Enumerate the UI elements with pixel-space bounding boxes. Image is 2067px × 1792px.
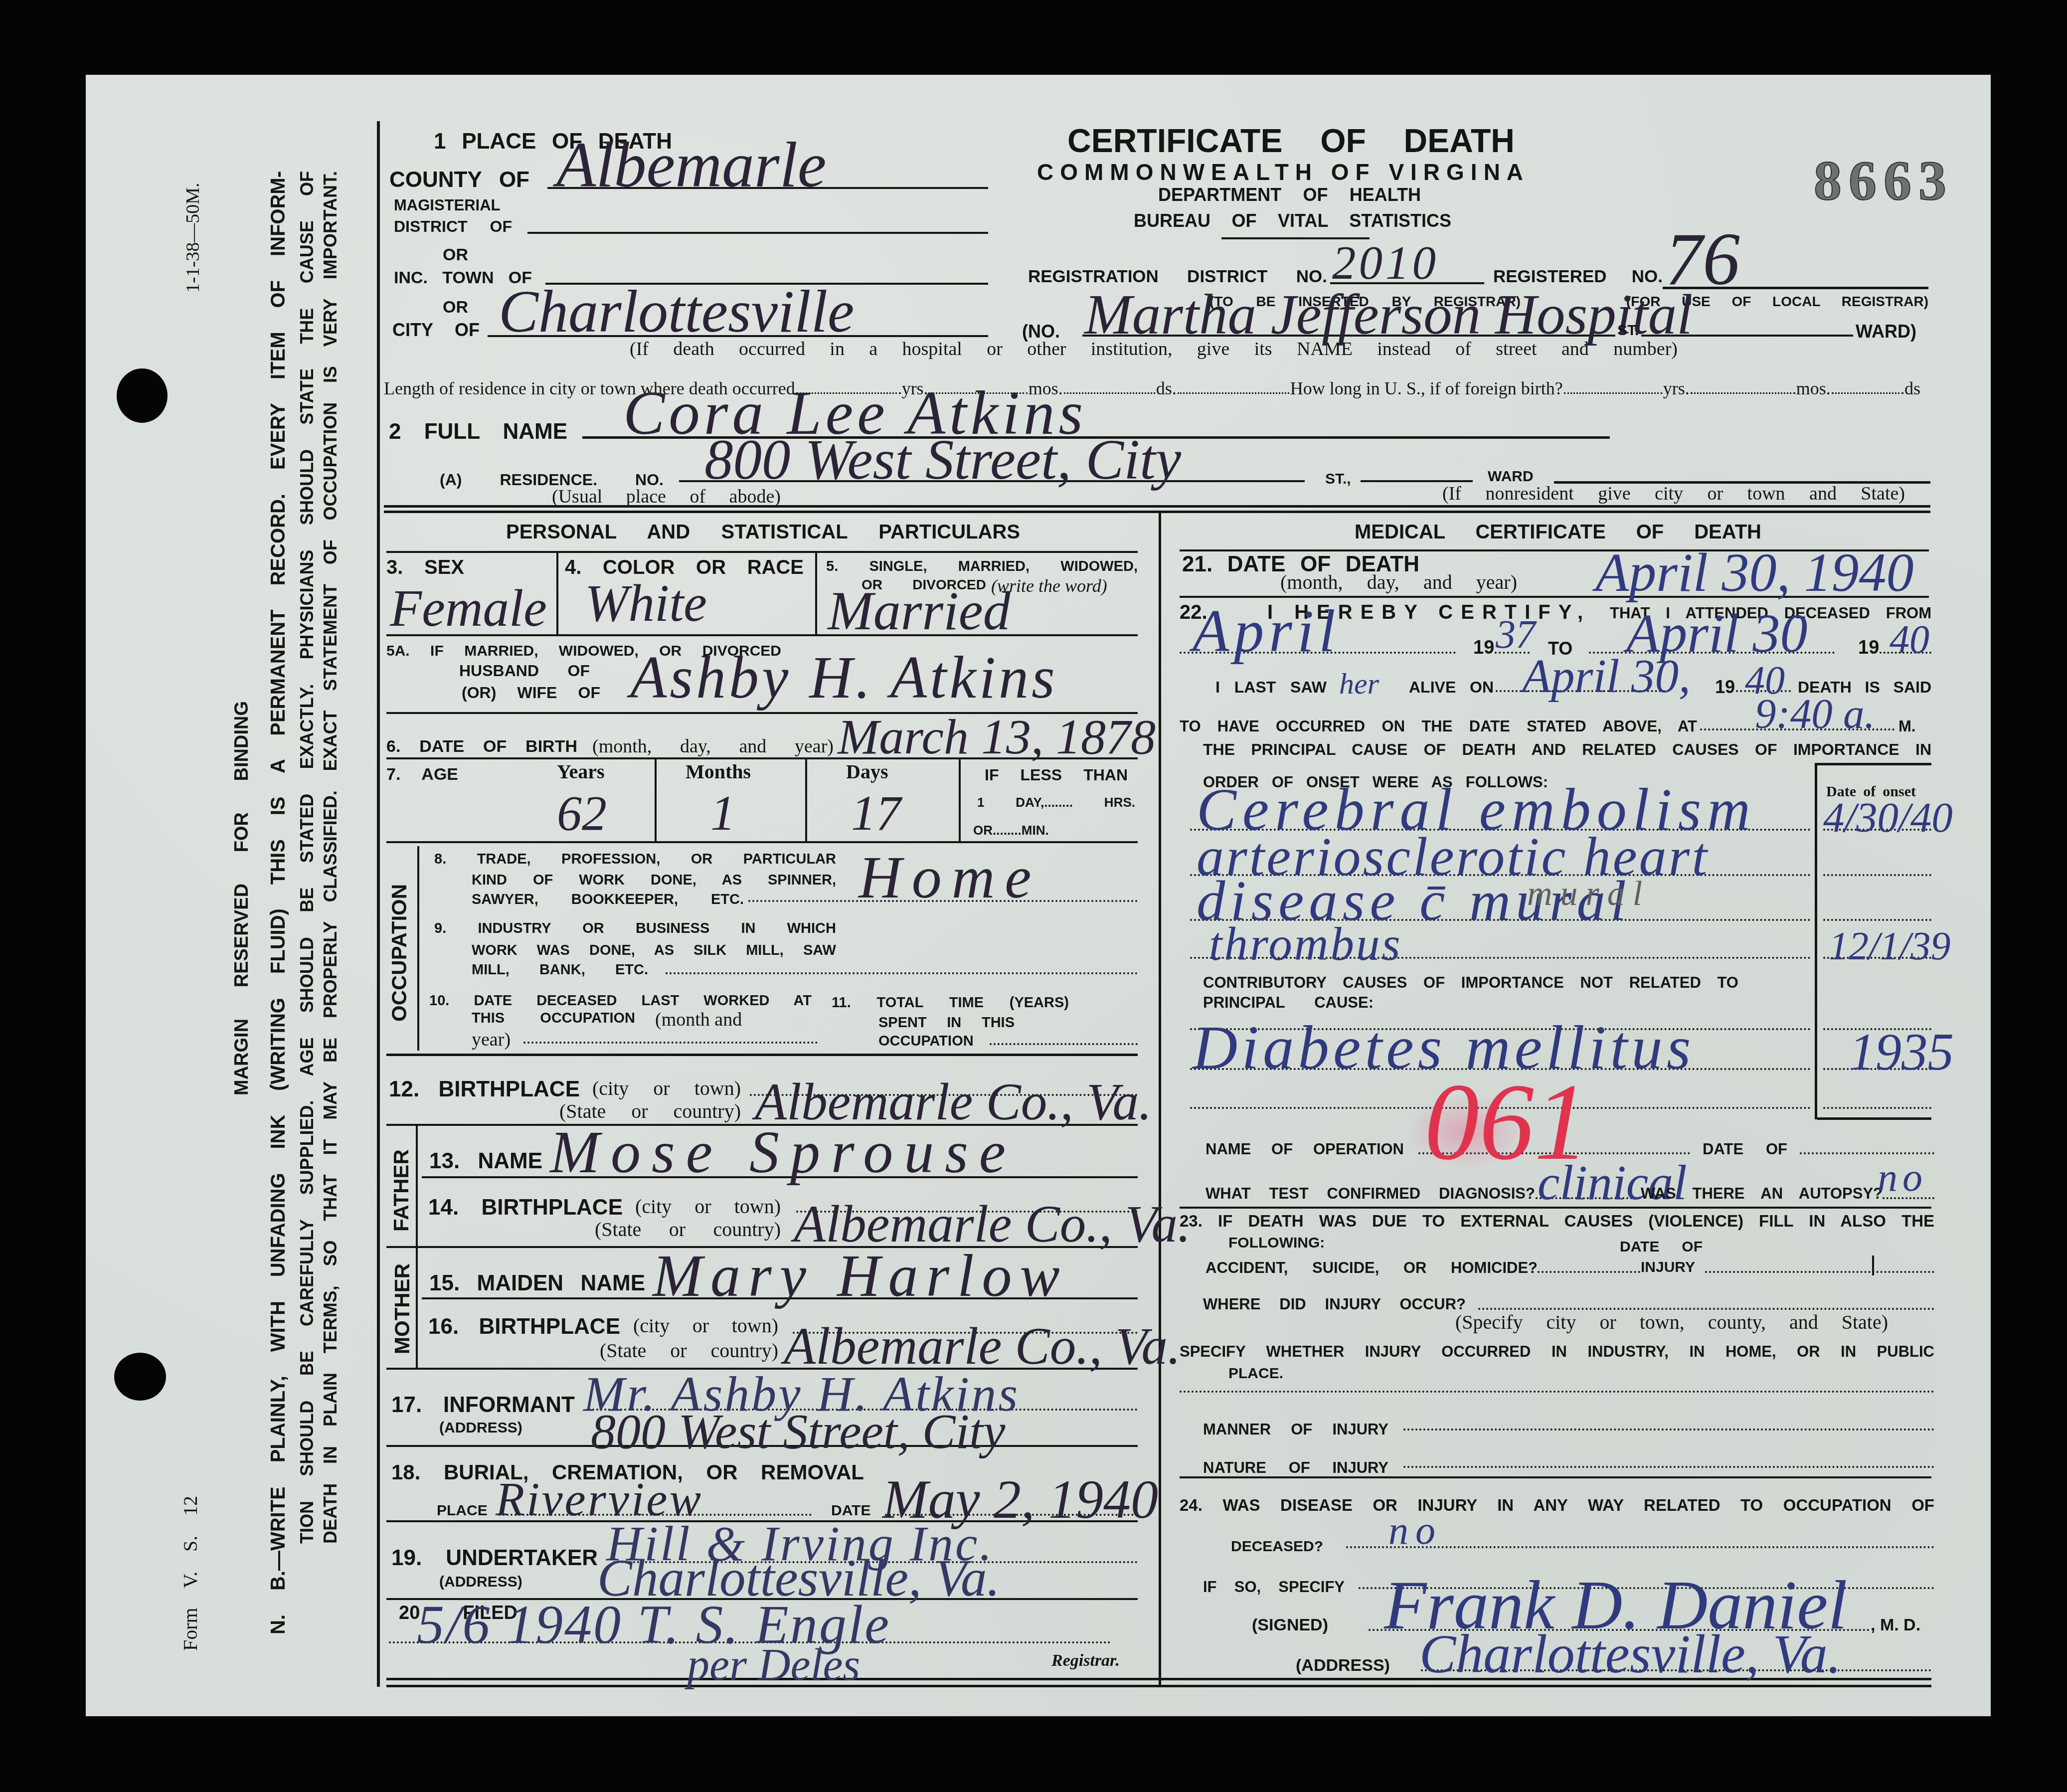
time-m-label: M. bbox=[1898, 718, 1915, 734]
age-months-label: Months bbox=[686, 762, 751, 782]
informant-address-value: 800 West Street, City bbox=[591, 1407, 1005, 1456]
divider-race-marital bbox=[815, 552, 817, 635]
where-leader bbox=[1478, 1308, 1934, 1310]
full-name-label: 2 FULL NAME bbox=[389, 421, 567, 443]
autopsy-value: no bbox=[1878, 1158, 1927, 1198]
filed-by-value: per Deles bbox=[687, 1643, 860, 1688]
bottom-double-rule-2 bbox=[386, 1685, 1931, 1687]
spouse-label-2: HUSBAND OF bbox=[459, 663, 590, 679]
institution-open-label: (NO. bbox=[1022, 323, 1060, 341]
last-worked-label-4: year) bbox=[472, 1030, 511, 1049]
magisterial-label: MAGISTERIAL bbox=[394, 197, 512, 213]
print-code: 1-1-38—50M. bbox=[183, 166, 203, 293]
or-label-2: OR bbox=[443, 299, 468, 316]
city-label: CITY OF bbox=[392, 321, 480, 339]
trade-value: Home bbox=[859, 848, 1041, 907]
institution-value: Martha Jefferson Hospital bbox=[1084, 286, 1693, 343]
specify-label-2: PLACE. bbox=[1228, 1366, 1288, 1381]
mother-name-label: 15. MAIDEN NAME bbox=[429, 1272, 645, 1294]
foreign-ds-field bbox=[1832, 392, 1903, 394]
injury-date-tick bbox=[1872, 1255, 1874, 1275]
mother-group-label: MOTHER bbox=[392, 1258, 414, 1354]
certificate-title: CERTIFICATE OF DEATH bbox=[1067, 124, 1515, 157]
mother-birthplace-label: 16. BIRTHPLACE bbox=[428, 1316, 620, 1338]
registrar-label: Registrar. bbox=[1051, 1652, 1120, 1669]
diagnosis-test-label: WHAT TEST CONFIRMED DIAGNOSIS? bbox=[1206, 1186, 1535, 1201]
birth-date-label: 6. DATE OF BIRTH bbox=[386, 738, 577, 755]
industry-label-3: MILL, BANK, ETC. bbox=[472, 963, 648, 977]
residence-ds-label: ds. bbox=[1156, 379, 1177, 397]
occupation-related-value: no bbox=[1388, 1511, 1442, 1551]
accident-label: ACCIDENT, SUICIDE, OR HOMICIDE? bbox=[1206, 1260, 1538, 1275]
informant-address-label: (ADDRESS) bbox=[439, 1421, 532, 1435]
accident-leader bbox=[1538, 1271, 1640, 1273]
father-birthplace-label: 14. BIRTHPLACE bbox=[428, 1197, 623, 1219]
residence-length-row: Length of residence in city or town wher… bbox=[384, 379, 1920, 397]
onset-line-2 bbox=[1823, 874, 1931, 876]
cause-insert-pencil: mural bbox=[1527, 877, 1650, 911]
mother-birthplace-value: Albemarle Co., Va. bbox=[784, 1320, 1181, 1372]
divider-age-days bbox=[959, 758, 961, 841]
foreign-yrs-field bbox=[1564, 392, 1662, 394]
residence-ward-label: WARD bbox=[1488, 469, 1534, 484]
manner-label: MANNER OF INJURY bbox=[1203, 1422, 1388, 1437]
occupation-group-label: OCCUPATION bbox=[389, 871, 411, 1022]
rule-row-24 bbox=[1180, 1476, 1931, 1478]
specify-label-1: SPECIFY WHETHER INJURY OCCURRED IN INDUS… bbox=[1180, 1344, 1934, 1359]
medical-section-heading: MEDICAL CERTIFICATE OF DEATH bbox=[1355, 522, 1761, 542]
age-less-than-label: IF LESS THAN bbox=[985, 767, 1128, 783]
age-minutes-label: OR........MIN. bbox=[973, 824, 1049, 837]
cause-4: thrombus bbox=[1209, 920, 1402, 968]
foreign-mos-field bbox=[1691, 392, 1795, 394]
cause-1-onset: 4/30/40 bbox=[1823, 797, 1953, 839]
physician-address-label: (ADDRESS) bbox=[1296, 1657, 1409, 1674]
punch-hole-top bbox=[117, 368, 168, 423]
residence-spacer bbox=[1178, 392, 1289, 394]
age-years-label: Years bbox=[557, 762, 605, 782]
last-worked-leader bbox=[523, 1042, 818, 1044]
sex-value: Female bbox=[390, 582, 547, 634]
scan-canvas: 1-1-38—50M. MARGIN RESERVED FOR BINDING … bbox=[0, 0, 2067, 1792]
father-state-hint: (State or country) bbox=[595, 1220, 781, 1240]
certificate-number: 8663 bbox=[1814, 153, 1953, 209]
district-underline bbox=[527, 232, 988, 234]
spouse-value: Ashby H. Atkins bbox=[630, 648, 1058, 708]
divider-sex-race bbox=[556, 552, 558, 635]
place-leader bbox=[1180, 1391, 1934, 1393]
autopsy-label: WAS THERE AN AUTOPSY? bbox=[1641, 1186, 1883, 1201]
rule-row-8 bbox=[386, 841, 1138, 843]
last-saw-pronoun: her bbox=[1339, 669, 1379, 699]
residence-label: (A) RESIDENCE. NO. bbox=[440, 472, 664, 488]
birth-date-value: March 13, 1878 bbox=[838, 712, 1156, 762]
operation-date-leader bbox=[1800, 1152, 1934, 1154]
last-worked-label-3: (month and bbox=[655, 1010, 742, 1029]
birthplace-label: 12. BIRTHPLACE bbox=[389, 1078, 580, 1100]
registration-district-value: 2010 bbox=[1332, 239, 1439, 287]
residence-st-label: ST., bbox=[1325, 472, 1351, 487]
section-vertical-divider bbox=[1159, 513, 1161, 1687]
form-left-border bbox=[377, 121, 380, 1687]
last-saw-label: I LAST SAW bbox=[1215, 679, 1327, 695]
injury-date-of-label: DATE OF bbox=[1620, 1240, 1703, 1254]
age-days-label: Days bbox=[846, 762, 888, 782]
or-label-1: OR bbox=[443, 246, 468, 263]
operation-label: NAME OF OPERATION bbox=[1206, 1141, 1404, 1157]
trade-label-3: SAWYER, BOOKKEEPER, ETC. bbox=[472, 893, 744, 907]
institution-ward-label: WARD) bbox=[1856, 323, 1916, 341]
foreign-ds-label: ds bbox=[1904, 379, 1920, 397]
onset-box-bottom bbox=[1817, 1117, 1931, 1120]
divider-age-months bbox=[805, 758, 807, 841]
occurred-label: TO HAVE OCCURRED ON THE DATE STATED ABOV… bbox=[1180, 718, 1697, 734]
mother-state-hint: (State or country) bbox=[600, 1341, 778, 1361]
attended-to-year-prefix: 19 bbox=[1858, 638, 1879, 657]
occupation-group-divider bbox=[417, 846, 419, 1051]
contributory-cause-1-onset: 1935 bbox=[1849, 1026, 1954, 1078]
contributory-label-2: PRINCIPAL CAUSE: bbox=[1203, 995, 1374, 1010]
attended-from-year-value: 37 bbox=[1496, 615, 1536, 655]
trade-label-1: 8. TRADE, PROFESSION, OR PARTICULAR bbox=[434, 852, 836, 867]
mother-name-value: Mary Harlow bbox=[653, 1246, 1068, 1306]
rule-row-12 bbox=[386, 1054, 1138, 1056]
onset-line-3 bbox=[1823, 919, 1931, 921]
industry-leader bbox=[666, 972, 1138, 974]
attended-from-year-prefix: 19 bbox=[1473, 638, 1494, 657]
cause-intro-1: THE PRINCIPAL CAUSE OF DEATH AND RELATED… bbox=[1203, 741, 1931, 757]
injury-date-leader bbox=[1705, 1271, 1934, 1273]
nature-label: NATURE OF INJURY bbox=[1203, 1460, 1388, 1475]
county-value: Albemarle bbox=[556, 133, 827, 197]
industry-label-2: WORK WAS DONE, AS SILK MILL, SAW bbox=[472, 943, 836, 958]
md-label: , M. D. bbox=[1871, 1616, 1920, 1633]
department-heading: DEPARTMENT OF HEALTH bbox=[1158, 186, 1421, 204]
if-so-label: IF SO, SPECIFY bbox=[1203, 1579, 1345, 1595]
nonresident-note: (If nonresident give city or town and St… bbox=[1442, 484, 1905, 503]
age-years-value: 62 bbox=[557, 788, 607, 838]
occupation-related-label-1: 24. WAS DISEASE OR INJURY IN ANY WAY REL… bbox=[1180, 1497, 1934, 1513]
father-group-divider bbox=[416, 1126, 418, 1247]
alive-on-label: ALIVE ON bbox=[1409, 679, 1494, 695]
total-time-label-1: 11. TOTAL TIME (YEARS) bbox=[832, 996, 1069, 1010]
father-name-value: Mose Sprouse bbox=[550, 1122, 1017, 1182]
instruction-line-1: N. B.—WRITE PLAINLY, WITH UNFADING INK (… bbox=[268, 171, 290, 1634]
where-label: WHERE DID INJURY OCCUR? bbox=[1203, 1296, 1466, 1312]
contributory-onset-3 bbox=[1823, 1107, 1931, 1109]
operation-date-label: DATE OF bbox=[1703, 1141, 1787, 1157]
bureau-heading: BUREAU OF VITAL STATISTICS bbox=[1134, 212, 1451, 230]
punch-hole-bottom bbox=[114, 1353, 166, 1401]
divider-age-years bbox=[655, 758, 657, 841]
contributory-label-1: CONTRIBUTORY CAUSES OF IMPORTANCE NOT RE… bbox=[1203, 975, 1738, 990]
last-worked-label-2: THIS OCCUPATION bbox=[472, 1011, 635, 1026]
external-label-1: 23. IF DEATH WAS DUE TO EXTERNAL CAUSES … bbox=[1180, 1213, 1934, 1229]
residence-st-underline bbox=[1361, 480, 1473, 482]
instruction-line-2: TION SHOULD BE CAREFULLY SUPPLIED. AGE S… bbox=[298, 171, 316, 1544]
injury-label: INJURY bbox=[1641, 1260, 1705, 1275]
external-label-2: FOLLOWING: bbox=[1228, 1236, 1334, 1251]
binding-margin-note: MARGIN RESERVED FOR BINDING bbox=[232, 701, 252, 1095]
mother-group-divider bbox=[416, 1248, 418, 1369]
age-days-value: 17 bbox=[851, 788, 901, 838]
commonwealth-heading: COMMONWEALTH OF VIRGINA bbox=[1037, 161, 1530, 183]
county-label: COUNTY OF bbox=[389, 169, 529, 191]
onset-box-left bbox=[1815, 764, 1817, 1119]
age-months-value: 1 bbox=[710, 788, 735, 838]
spouse-label-3: (OR) WIFE OF bbox=[462, 685, 600, 701]
city-value: Charlottesville bbox=[499, 282, 854, 342]
undertaker-label: 19. UNDERTAKER bbox=[391, 1547, 598, 1569]
marital-value: Married bbox=[828, 583, 1011, 638]
residence-note: (Usual place of abode) bbox=[552, 487, 781, 506]
foreign-birth-label: How long in U. S., if of foreign birth? bbox=[1290, 379, 1563, 397]
occupation-related-label-2: DECEASED? bbox=[1231, 1539, 1329, 1554]
alive-year-prefix: 19 bbox=[1715, 678, 1735, 696]
mother-city-hint: (city or town) bbox=[633, 1316, 778, 1336]
last-worked-label-1: 10. DATE DECEASED LAST WORKED AT bbox=[429, 994, 812, 1008]
total-time-label-2: SPENT IN THIS bbox=[878, 1016, 1015, 1030]
birthplace-city-hint: (city or town) bbox=[592, 1078, 741, 1098]
rule-row-3 bbox=[386, 551, 1138, 553]
race-value: White bbox=[585, 577, 707, 629]
death-date-value: April 30, 1940 bbox=[1595, 545, 1914, 600]
instruction-line-3: DEATH IN PLAIN TERMS, SO THAT IT MAY BE … bbox=[322, 171, 342, 1544]
marital-label-1: 5. SINGLE, MARRIED, WIDOWED, bbox=[826, 559, 1138, 574]
birthplace-state-hint: (State or country) bbox=[559, 1101, 741, 1121]
father-name-label: 13. NAME bbox=[429, 1150, 542, 1172]
district-label: DISTRICT OF bbox=[394, 218, 512, 234]
nature-leader bbox=[1403, 1466, 1934, 1468]
signed-label: (SIGNED) bbox=[1252, 1616, 1352, 1633]
foreign-mos-label: mos. bbox=[1796, 379, 1831, 397]
physician-address-value: Charlottesville, Va. bbox=[1419, 1626, 1841, 1681]
manner-leader bbox=[1403, 1429, 1934, 1431]
attended-from-value: April bbox=[1193, 601, 1341, 661]
where-hint: (Specify city or town, county, and State… bbox=[1455, 1312, 1888, 1332]
section-double-rule-bottom bbox=[384, 511, 1930, 513]
last-saw-date-value: April 30, bbox=[1522, 653, 1691, 700]
informant-label: 17. INFORMANT bbox=[391, 1394, 575, 1416]
attended-to-year-value: 40 bbox=[1890, 620, 1929, 660]
residence-value: 800 West Street, City bbox=[704, 431, 1181, 488]
burial-place-label: PLACE bbox=[437, 1503, 492, 1518]
total-time-label-3: OCCUPATION bbox=[878, 1034, 987, 1049]
age-label: 7. AGE bbox=[386, 766, 458, 783]
form-number: Form V. S. 12 bbox=[180, 1496, 200, 1651]
onset-box-top bbox=[1815, 763, 1931, 765]
industry-label-1: 9. INDUSTRY OR BUSINESS IN WHICH bbox=[434, 921, 836, 936]
father-group-label: FATHER bbox=[391, 1141, 413, 1232]
father-city-hint: (city or town) bbox=[635, 1197, 781, 1217]
birth-date-hint: (month, day, and year) bbox=[592, 737, 834, 756]
undertaker-address-label: (ADDRESS) bbox=[439, 1575, 532, 1590]
total-time-leader bbox=[990, 1043, 1138, 1045]
personal-section-heading: PERSONAL AND STATISTICAL PARTICULARS bbox=[506, 522, 1020, 542]
death-date-hint: (month, day, and year) bbox=[1280, 572, 1517, 592]
cause-4-onset: 12/1/39 bbox=[1829, 926, 1950, 966]
sex-label: 3. SEX bbox=[386, 557, 464, 577]
age-hours-label: 1 DAY,........ HRS. bbox=[977, 796, 1135, 809]
foreign-yrs-label: yrs. bbox=[1663, 379, 1690, 397]
institution-st-label: ST. bbox=[1617, 323, 1639, 338]
trade-label-2: KIND OF WORK DONE, AS SPINNER, bbox=[472, 873, 836, 888]
time-value: 9:40 a. bbox=[1755, 693, 1875, 735]
